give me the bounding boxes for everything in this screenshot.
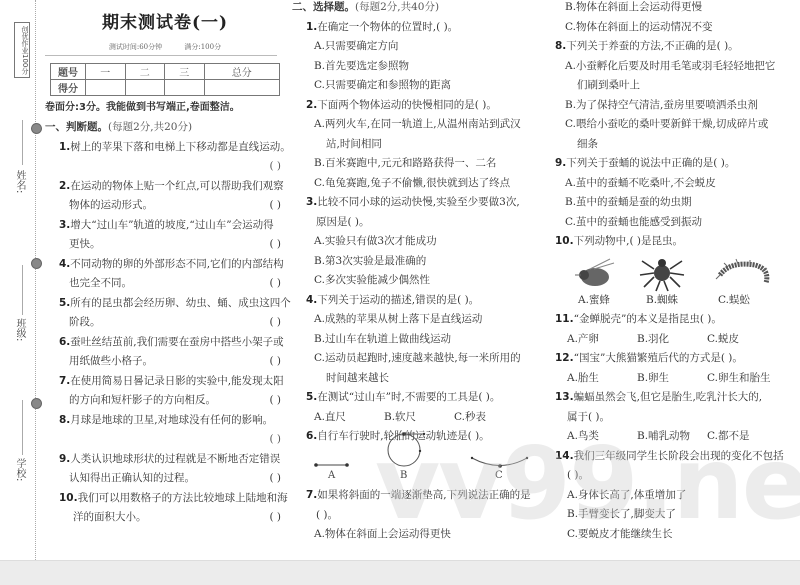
- spider-icon: [640, 259, 684, 291]
- score-table-header: 二: [125, 64, 165, 80]
- class-field-label: 班级:: [12, 318, 27, 341]
- question-item: 3.增大“过山车”轨道的坡度,“过山车”会运动得: [45, 216, 285, 236]
- option[interactable]: A.茧中的蚕蛹不吃桑叶,不会蜕皮: [555, 174, 800, 194]
- binding-hole-icon: [31, 258, 42, 269]
- trajectory-circle-icon: [388, 432, 425, 466]
- column-three: B.物体在斜面上会运动得更慢 C.物体在斜面上的运动情况不变 8.下列关于养蚕的…: [555, 0, 800, 252]
- animal-figures: [570, 255, 800, 293]
- option[interactable]: B.物体在斜面上会运动得更慢: [555, 0, 800, 18]
- score-row-label: 得分: [51, 80, 86, 96]
- option[interactable]: C.要蜕皮才能继续生长: [555, 525, 800, 545]
- answer-blank[interactable]: ( ): [269, 352, 281, 372]
- options-row: A.鸟类 B.哺乳动物 C.都不是: [555, 427, 800, 447]
- option[interactable]: C.多次实验能减少偶然性: [292, 271, 537, 291]
- question-item: 9.人类认识地球形状的过程就是不断地否定错误: [45, 450, 285, 470]
- answer-blank[interactable]: ( ): [45, 157, 285, 177]
- bottom-bar: [0, 560, 800, 585]
- option[interactable]: C.蜈蚣: [718, 291, 750, 311]
- question-item: 12.“国宝”大熊猫繁殖后代的方式是( )。: [555, 349, 800, 369]
- score-table-header: 总分: [204, 64, 279, 80]
- question-item: 2.下面两个物体运动的快慢相同的是( )。: [292, 96, 537, 116]
- option[interactable]: A.物体在斜面上会运动得更快: [292, 525, 537, 545]
- question-continued: ( )。: [292, 506, 537, 526]
- option[interactable]: B.蜘蛛: [646, 291, 718, 311]
- section-heading: 一、判断题。(每题2分,共20分): [45, 118, 285, 138]
- question-item: 11.“金蝉脱壳”的本义是指昆虫( )。: [555, 310, 800, 330]
- option[interactable]: C.茧中的蚕蛹也能感受到振动: [555, 213, 800, 233]
- trajectory-arc-icon: [471, 457, 528, 468]
- option-continued: 们刷到桑叶上: [555, 76, 800, 96]
- option[interactable]: B.茧中的蚕蛹是蚕的幼虫期: [555, 193, 800, 213]
- answer-blank[interactable]: ( ): [269, 391, 281, 411]
- question-item: 4.下列关于运动的描述,错误的是( )。: [292, 291, 537, 311]
- score-table-score-row: 得分: [51, 80, 280, 96]
- question-item: 13.蝙蝠虽然会飞,但它是胎生,吃乳汁长大的,: [555, 388, 800, 408]
- question-item: 2.在运动的物体上贴一个红点,可以帮助我们观察: [45, 177, 285, 197]
- section-heading: 二、选择题。(每题2分,共40分): [292, 0, 537, 18]
- question-item: 6.蚕吐丝结茧前,我们需要在蚕房中搭些小架子或: [45, 333, 285, 353]
- exam-full-score: 满分:100分: [184, 43, 221, 51]
- score-table-header: 三: [165, 64, 205, 80]
- trajectory-figures: [300, 425, 540, 485]
- header-divider: [45, 55, 277, 56]
- option[interactable]: A.实验只有做3次才能成功: [292, 232, 537, 252]
- option[interactable]: B.羽化: [637, 330, 707, 350]
- class-field-line[interactable]: [22, 265, 23, 315]
- question-item: 3.比较不同小球的运动快慢,实验至少要做3次,: [292, 193, 537, 213]
- option[interactable]: B.第3次实验是最准确的: [292, 252, 537, 272]
- question-continued: ( )。: [555, 466, 800, 486]
- option[interactable]: C.物体在斜面上的运动情况不变: [555, 18, 800, 38]
- question-item: 4.不同动物的卵的外部形态不同,它们的内部结构: [45, 255, 285, 275]
- binding-hole-icon: [31, 398, 42, 409]
- option[interactable]: A.两列火车,在同一轨道上,从温州南站到武汉: [292, 115, 537, 135]
- option[interactable]: B.为了保持空气清洁,蚕房里要喷洒杀虫剂: [555, 96, 800, 116]
- question-item: 14.我们三年级同学生长阶段会出现的变化不包括: [555, 447, 800, 467]
- score-table-header: 题号: [51, 64, 86, 80]
- score-table: 题号 一 二 三 总分 得分: [50, 63, 280, 96]
- answer-blank[interactable]: ( ): [269, 313, 281, 333]
- score-table-header-row: 题号 一 二 三 总分: [51, 64, 280, 80]
- name-field-line[interactable]: [22, 120, 23, 165]
- question-item: 5.所有的昆虫都会经历卵、幼虫、蛹、成虫这四个: [45, 294, 285, 314]
- option[interactable]: B.手臂变长了,脚变大了: [555, 505, 800, 525]
- option[interactable]: B.卵生: [637, 369, 707, 389]
- question-item: 10.下列动物中,( )是昆虫。: [555, 232, 800, 252]
- school-field-line[interactable]: [22, 400, 23, 455]
- figure-label-c: C: [495, 470, 503, 481]
- school-field-label: 学校:: [12, 458, 27, 481]
- figure-label-b: B: [400, 470, 407, 481]
- brand-label: 创优作业100分: [14, 22, 30, 78]
- option[interactable]: A.胎生: [567, 369, 637, 389]
- neatness-note: 卷面分:3分。我能做到书写端正,卷面整洁。: [45, 98, 240, 113]
- section-true-false: 一、判断题。(每题2分,共20分) 1.树上的苹果下落和电梯上下移动都是直线运动…: [45, 118, 285, 528]
- option[interactable]: C.卵生和胎生: [707, 369, 777, 389]
- question-item: 7.如果将斜面的一端逐渐垫高,下列说法正确的是: [292, 486, 537, 506]
- answer-blank[interactable]: ( ): [45, 430, 285, 450]
- option[interactable]: C.运动员起跑时,速度越来越快,每一米所用的: [292, 349, 537, 369]
- figure-label-a: A: [328, 470, 335, 481]
- animal-options: A.蜜蜂 B.蜘蛛 C.蜈蚣: [578, 291, 798, 311]
- score-cell[interactable]: [125, 80, 165, 96]
- question-item: 10.我们可以用数格子的方法比较地球上陆地和海: [45, 489, 285, 509]
- option[interactable]: C.都不是: [707, 427, 777, 447]
- answer-blank[interactable]: ( ): [269, 196, 281, 216]
- trajectory-line-icon: [314, 463, 349, 467]
- centipede-icon: [716, 259, 767, 283]
- option[interactable]: C.喂给小蚕吃的桑叶要新鲜干燥,切成碎片或: [555, 115, 800, 135]
- options-row: A.产卵 B.羽化 C.蜕皮: [555, 330, 800, 350]
- score-table-header: 一: [86, 64, 126, 80]
- question-item: 1.树上的苹果下落和电梯上下移动都是直线运动。: [45, 138, 285, 158]
- question-item: 5.在测试“过山车”时,不需要的工具是( )。: [292, 388, 537, 408]
- exam-title: 期末测试卷(一): [50, 8, 280, 33]
- option[interactable]: A.只需要确定方向: [292, 37, 537, 57]
- question-item: 7.在使用简易日晷记录日影的实验中,能发现太阳: [45, 372, 285, 392]
- column-three-lower: 11.“金蝉脱壳”的本义是指昆虫( )。 A.产卵 B.羽化 C.蜕皮 12.“…: [555, 310, 800, 544]
- question-item: 9.下列关于蚕蛹的说法中正确的是( )。: [555, 154, 800, 174]
- options-row: A.蜜蜂 B.蜘蛛 C.蜈蚣: [578, 291, 798, 311]
- option[interactable]: A.产卵: [567, 330, 637, 350]
- exam-page: 创优作业100分 姓名: 班级: 学校: 期末测试卷(一) 测试时间:60分钟 …: [0, 0, 800, 560]
- option[interactable]: A.身体长高了,体重增加了: [555, 486, 800, 506]
- option[interactable]: B.过山车在轨道上做曲线运动: [292, 330, 537, 350]
- option[interactable]: C.蜕皮: [707, 330, 777, 350]
- option[interactable]: A.成熟的苹果从树上落下是直线运动: [292, 310, 537, 330]
- question-continued: 属于( )。: [555, 408, 800, 428]
- name-field-label: 姓名:: [12, 170, 27, 193]
- option[interactable]: C.只需要确定和参照物的距离: [292, 76, 537, 96]
- option[interactable]: A.鸟类: [567, 427, 637, 447]
- bee-icon: [575, 259, 614, 286]
- score-cell[interactable]: [86, 80, 126, 96]
- binding-hole-icon: [31, 123, 42, 134]
- option[interactable]: B.首先要选定参照物: [292, 57, 537, 77]
- option-continued: 时间越来越长: [292, 369, 537, 389]
- option[interactable]: A.小蚕孵化后要及时用毛笔或羽毛轻轻地把它: [555, 57, 800, 77]
- option[interactable]: B.百米赛跑中,元元和路路获得一、二名: [292, 154, 537, 174]
- options-row: A.胎生 B.卵生 C.卵生和胎生: [555, 369, 800, 389]
- option-continued: 站,时间相同: [292, 135, 537, 155]
- question-item: 8.月球是地球的卫星,对地球没有任何的影响。: [45, 411, 285, 431]
- exam-time: 测试时间:60分钟: [109, 43, 162, 51]
- section-multiple-choice: 二、选择题。(每题2分,共40分) 1.在确定一个物体的位置时,( )。 A.只…: [292, 0, 537, 447]
- question-item: 8.下列关于养蚕的方法,不正确的是( )。: [555, 37, 800, 57]
- exam-meta: 测试时间:60分钟 满分:100分: [50, 42, 280, 52]
- question-7-block: 7.如果将斜面的一端逐渐垫高,下列说法正确的是 ( )。 A.物体在斜面上会运动…: [292, 486, 537, 545]
- answer-blank[interactable]: ( ): [269, 235, 281, 255]
- option[interactable]: B.哺乳动物: [637, 427, 707, 447]
- option-continued: 细条: [555, 135, 800, 155]
- question-item: 1.在确定一个物体的位置时,( )。: [292, 18, 537, 38]
- question-continued: 原因是( )。: [292, 213, 537, 233]
- option[interactable]: A.蜜蜂: [578, 291, 646, 311]
- score-cell[interactable]: [165, 80, 205, 96]
- option[interactable]: C.龟兔赛跑,兔子不偷懒,很快就到达了终点: [292, 174, 537, 194]
- answer-blank[interactable]: ( ): [269, 508, 281, 528]
- answer-blank[interactable]: ( ): [269, 274, 281, 294]
- score-cell[interactable]: [204, 80, 279, 96]
- binding-dotted-line: [35, 0, 36, 560]
- answer-blank[interactable]: ( ): [269, 469, 281, 489]
